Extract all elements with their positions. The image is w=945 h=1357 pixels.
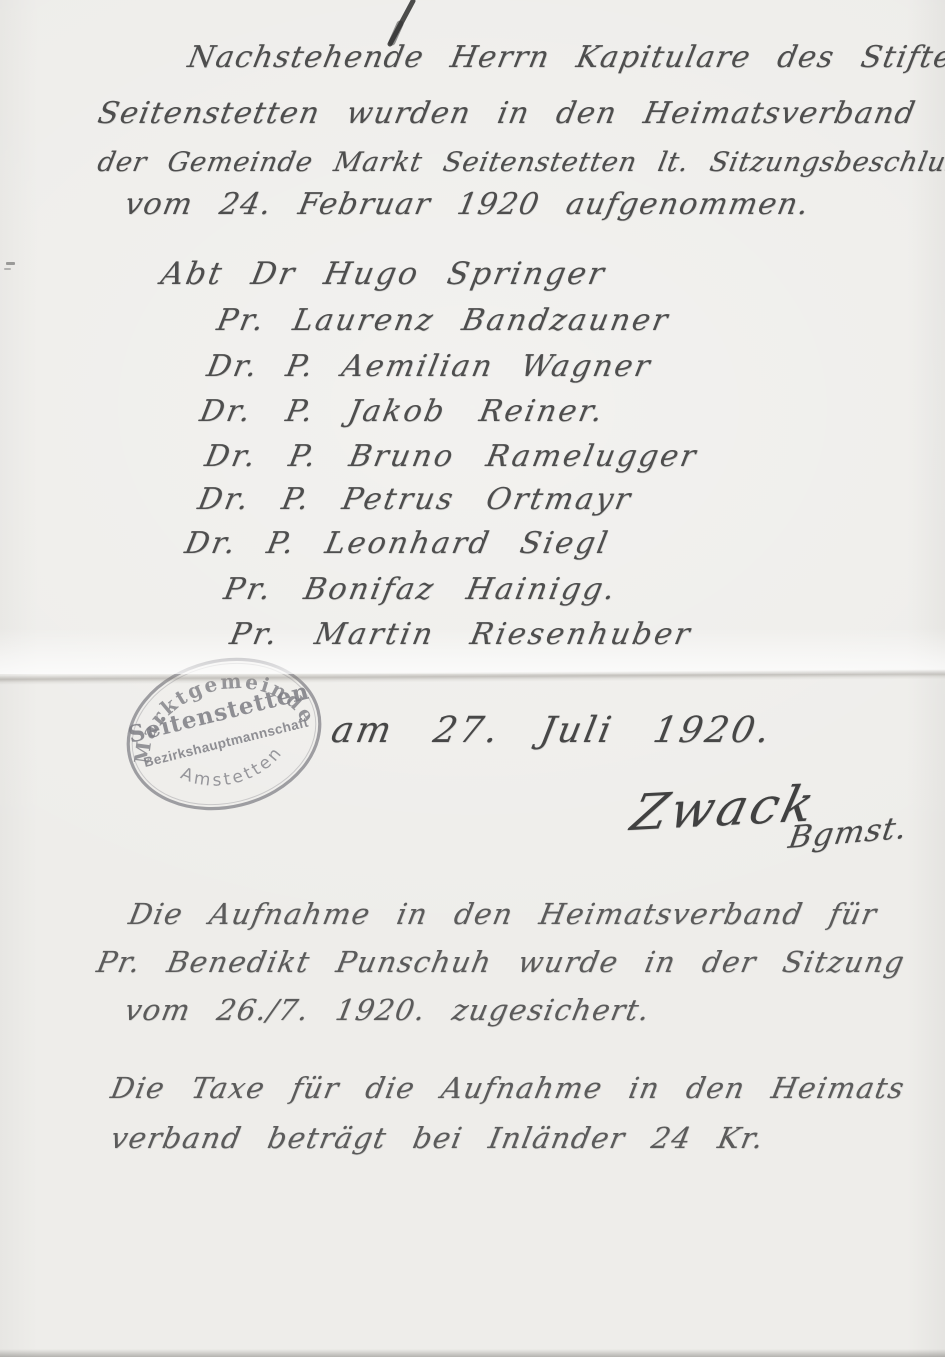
date-note: am 27. Juli 1920. [328, 710, 776, 751]
capitular-name: Dr. P. Aemilian Wagner [204, 349, 655, 384]
capitular-name: Dr. P. Leonhard Siegl [182, 526, 613, 561]
scan-bottom-edge [0, 1349, 945, 1357]
note-line: Die Taxe für die Aufnahme in den Heimats [108, 1071, 908, 1105]
capitular-name: Dr. P. Petrus Ortmayr [195, 482, 635, 517]
capitular-name: Pr. Bonifaz Hainigg. [221, 572, 620, 607]
pencil-speck [4, 268, 11, 270]
capitular-name: Pr. Laurenz Bandzauner [214, 303, 673, 338]
capitular-name: Pr. Martin Riesenhuber [227, 617, 695, 652]
note-line: Pr. Benedikt Punschuh wurde in der Sitzu… [94, 945, 908, 979]
pencil-speck [6, 262, 15, 265]
intro-line: vom 24. Februar 1920 aufgenommen. [122, 187, 813, 222]
note-line: vom 26./7. 1920. zugesichert. [122, 993, 653, 1027]
note-line: verband beträgt bei Inländer 24 Kr. [108, 1121, 767, 1155]
ink-slash-mark [0, 0, 945, 60]
capitular-name: Dr. P. Jakob Reiner. [197, 394, 608, 429]
intro-line: der Gemeinde Markt Seitenstetten lt. Sit… [95, 147, 945, 178]
capitular-name: Abt Dr Hugo Springer [158, 256, 609, 292]
capitular-name: Dr. P. Bruno Ramelugger [202, 439, 701, 474]
scanned-document-page: Nachstehende Herrn Kapitulare des Stifte… [0, 0, 945, 1357]
intro-line: Seitenstetten wurden in den Heimatsverba… [95, 96, 919, 131]
note-line: Die Aufnahme in den Heimatsverband für [126, 897, 880, 931]
